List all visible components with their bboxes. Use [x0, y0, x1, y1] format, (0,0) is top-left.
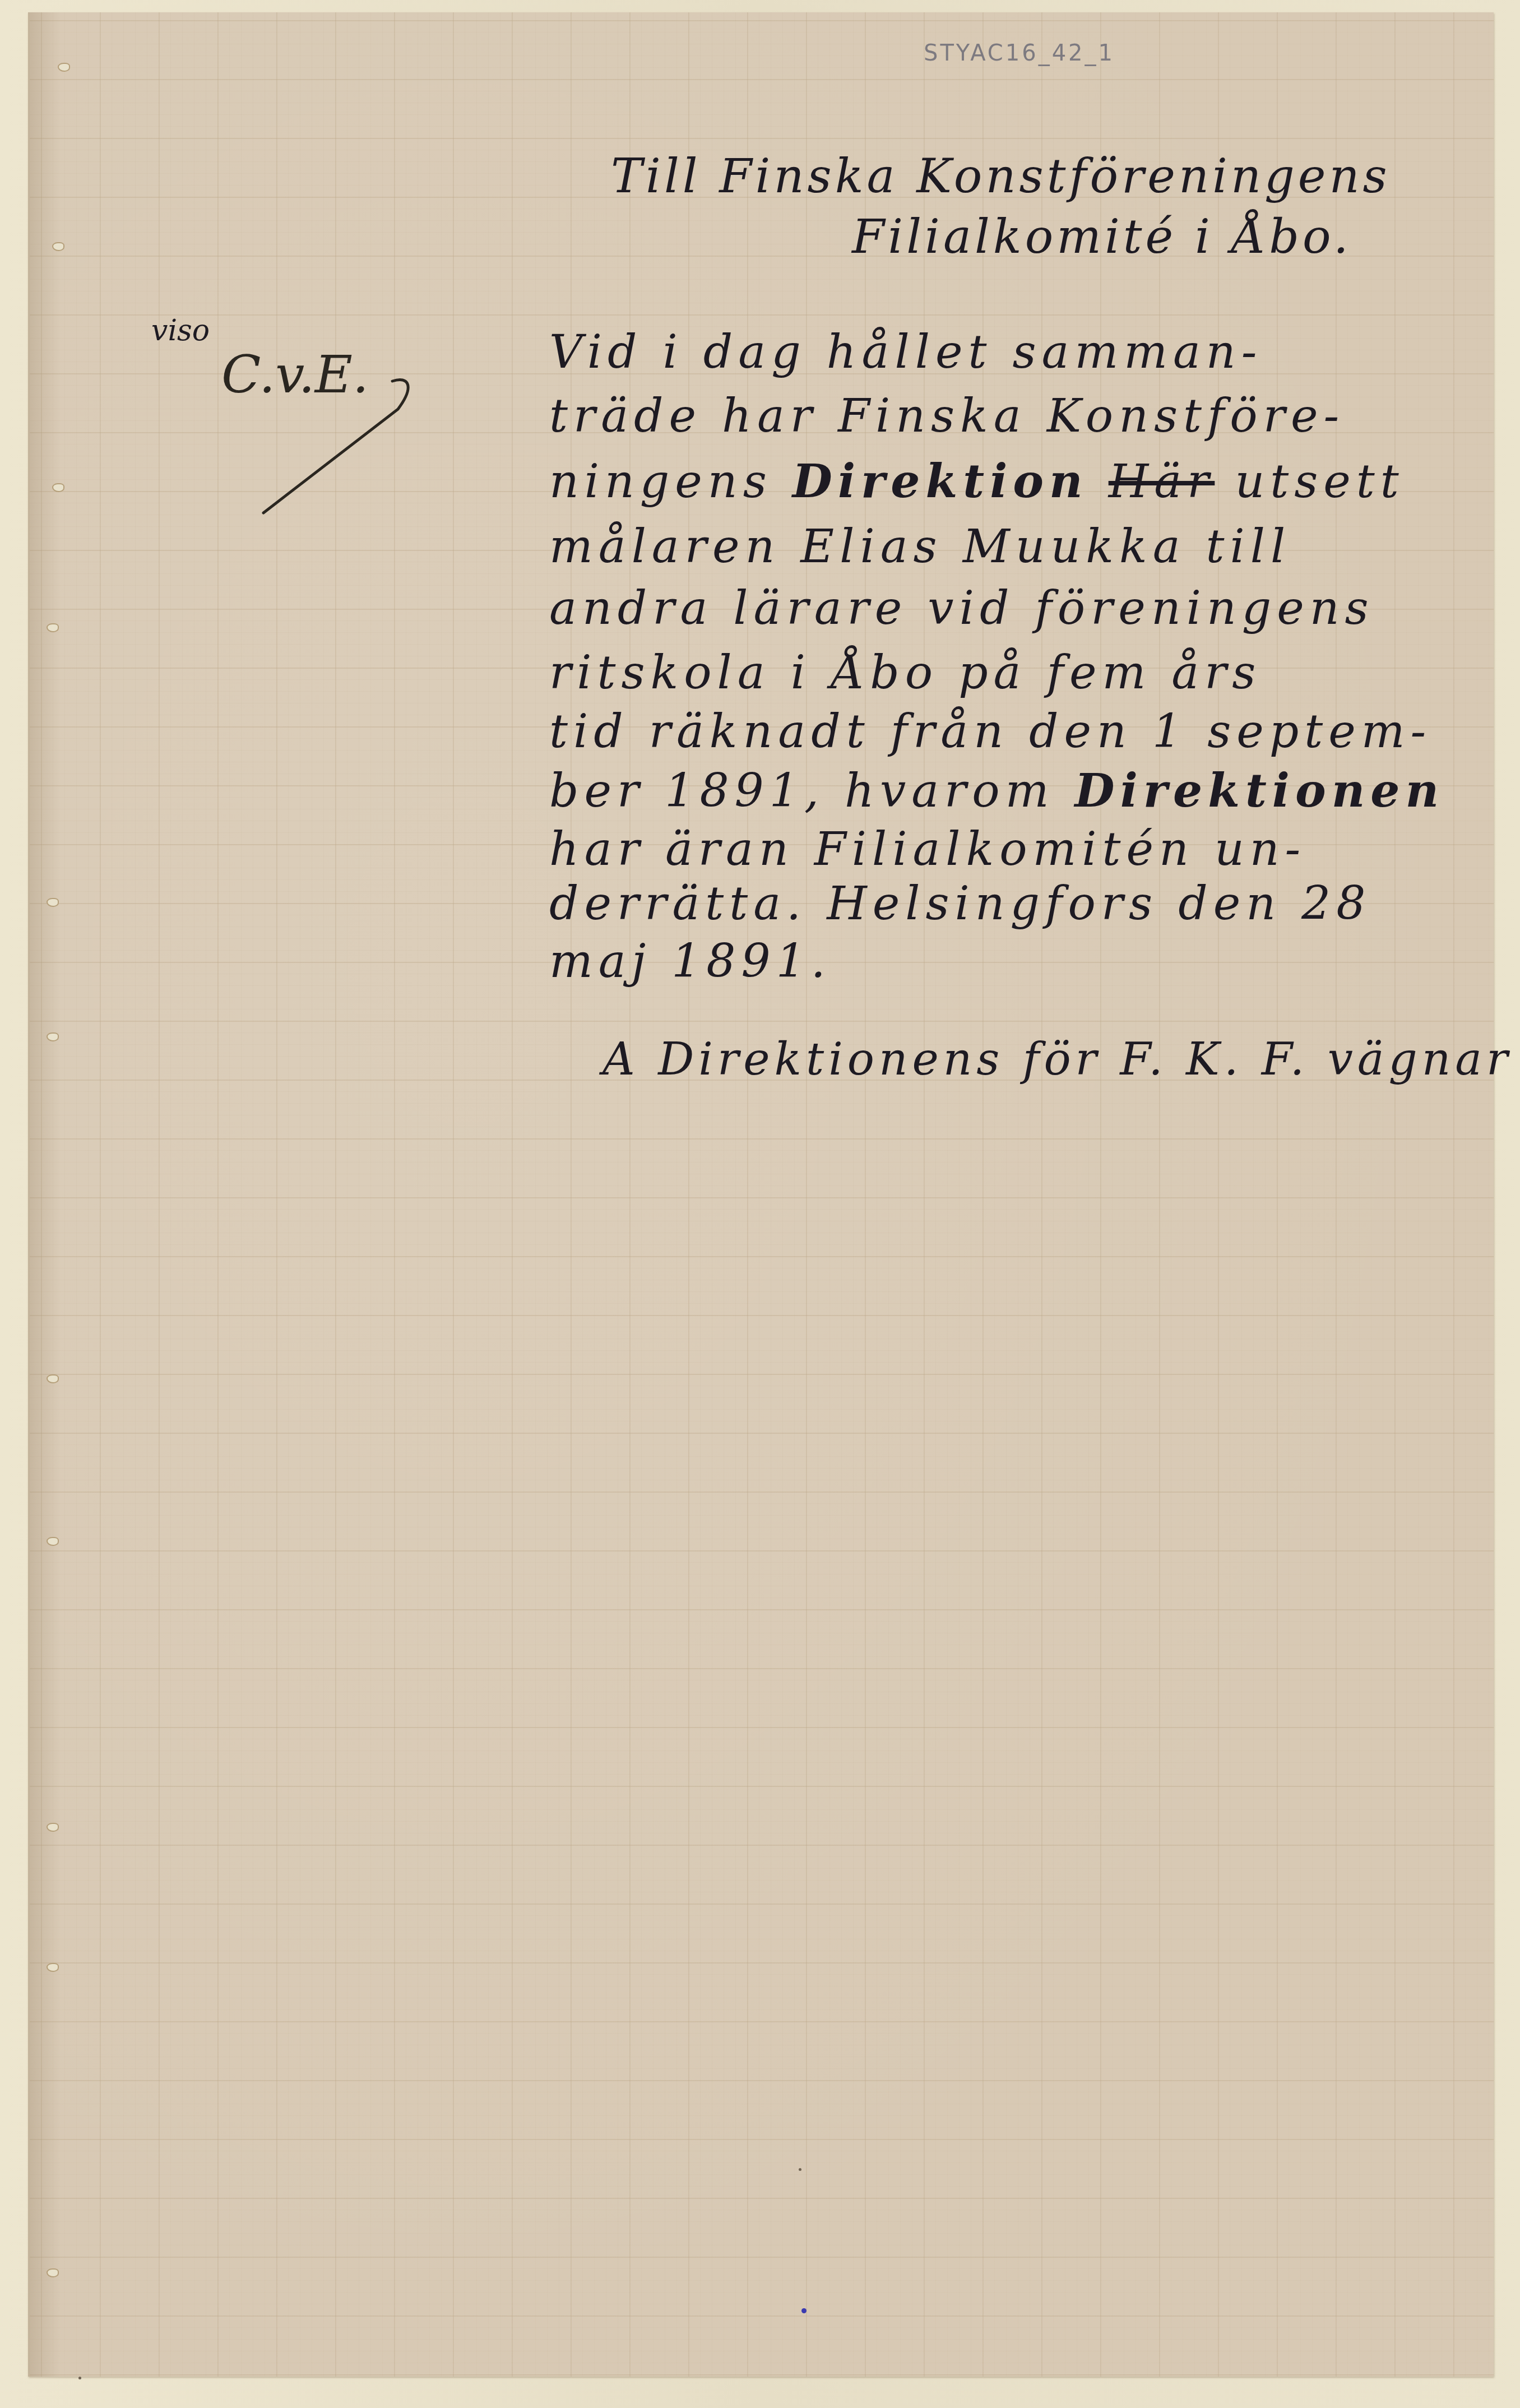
- body-text: ritskola i Åbo på fem års: [549, 646, 1261, 700]
- body-text: ningens: [549, 455, 793, 508]
- address-heading-line-1: Till Finska Konstföreningens: [611, 152, 1391, 200]
- body-line-9: har äran Filialkomitén un-: [549, 827, 1306, 873]
- binding-hole: [47, 623, 59, 632]
- binding-hole: [47, 1823, 59, 1832]
- body-text: har äran Filialkomitén un-: [549, 823, 1306, 876]
- body-text: derrätta. Helsingfors den 28: [549, 877, 1371, 930]
- binding-hole: [58, 63, 70, 72]
- marginal-viso-label: viso: [151, 314, 210, 348]
- body-text: Vid i dag hållet samman-: [549, 326, 1262, 379]
- body-line-5: andra lärare vid föreningens: [549, 586, 1374, 632]
- binding-hole: [47, 2268, 59, 2277]
- address-heading-line-2: Filialkomité i Åbo.: [852, 213, 1352, 260]
- closing-signature-line: A Direktionens för F. K. F. vägnar: [603, 1037, 1512, 1082]
- binding-hole: [47, 1374, 59, 1383]
- blue-ink-mark: [801, 2308, 807, 2313]
- binding-hole: [47, 1032, 59, 1041]
- body-line-4: målaren Elias Muukka till: [549, 524, 1291, 570]
- body-line-7: tid räknadt från den 1 septem-: [549, 709, 1431, 755]
- overwritten-word: Direktion: [793, 455, 1088, 508]
- binding-hole: [47, 898, 59, 907]
- body-line-1: Vid i dag hållet samman-: [549, 330, 1262, 376]
- signature-flourish-icon: [258, 370, 426, 516]
- overwritten-word: Direktionen: [1075, 764, 1445, 818]
- binding-hole: [47, 1537, 59, 1546]
- struck-word: Här: [1109, 455, 1215, 508]
- ink-speck: [799, 2168, 801, 2171]
- body-line-2: träde har Finska Konstföre-: [549, 393, 1345, 439]
- binding-hole: [47, 1963, 59, 1972]
- body-text: ber 1891, hvarom: [549, 765, 1075, 818]
- archive-signum: STYAC16_42_1: [924, 40, 1115, 66]
- body-line-3: ningens Direktion Här utsett: [549, 459, 1405, 505]
- body-line-10: derrätta. Helsingfors den 28: [549, 881, 1371, 927]
- body-text: maj 1891.: [549, 935, 831, 988]
- ink-speck: [78, 2377, 81, 2379]
- binding-hole: [52, 483, 64, 492]
- binding-hole: [52, 242, 64, 251]
- body-line-8: ber 1891, hvarom Direktionen: [549, 768, 1444, 814]
- body-line-6: ritskola i Åbo på fem års: [549, 650, 1261, 696]
- body-text: andra lärare vid föreningens: [549, 582, 1374, 635]
- body-text: träde har Finska Konstföre-: [549, 390, 1345, 443]
- body-text: tid räknadt från den 1 septem-: [549, 705, 1431, 758]
- body-text: utsett: [1215, 455, 1404, 508]
- body-line-11: maj 1891.: [549, 939, 831, 985]
- body-text: målaren Elias Muukka till: [549, 520, 1291, 573]
